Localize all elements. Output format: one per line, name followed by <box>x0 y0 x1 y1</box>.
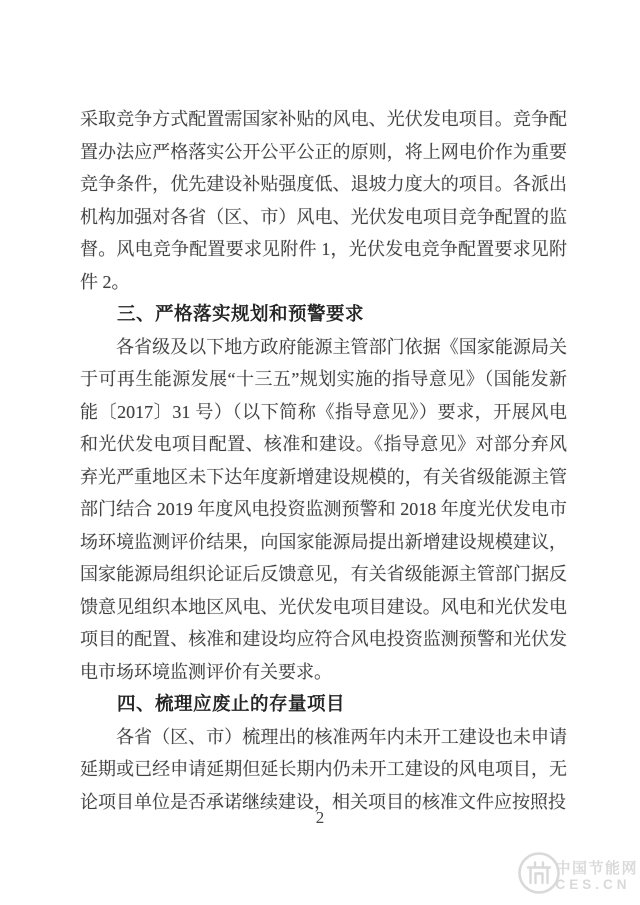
watermark-site-domain: CES.CN <box>555 877 638 892</box>
paragraph-continuation: 采取竞争方式配置需国家补贴的风电、光伏发电项目。竞争配置办法应严格落实公开公平公… <box>80 103 567 298</box>
paragraph-planning-warning: 各省级及以下地方政府能源主管部门依据《国家能源局关于可再生能源发展“十三五”规划… <box>80 331 567 689</box>
page-number: 2 <box>0 802 640 834</box>
watermark-site-name: 中国节能网 <box>555 860 638 877</box>
section-heading-four: 四、梳理应废止的存量项目 <box>80 688 567 721</box>
document-page: 采取竞争方式配置需国家补贴的风电、光伏发电项目。竞争配置办法应严格落实公开公平公… <box>0 0 640 905</box>
watermark: 中国节能网 CES.CN <box>516 850 638 901</box>
watermark-text: 中国节能网 CES.CN <box>555 860 638 892</box>
document-body: 采取竞争方式配置需国家补贴的风电、光伏发电项目。竞争配置办法应严格落实公开公平公… <box>80 103 567 818</box>
section-heading-three: 三、严格落实规划和预警要求 <box>80 298 567 331</box>
